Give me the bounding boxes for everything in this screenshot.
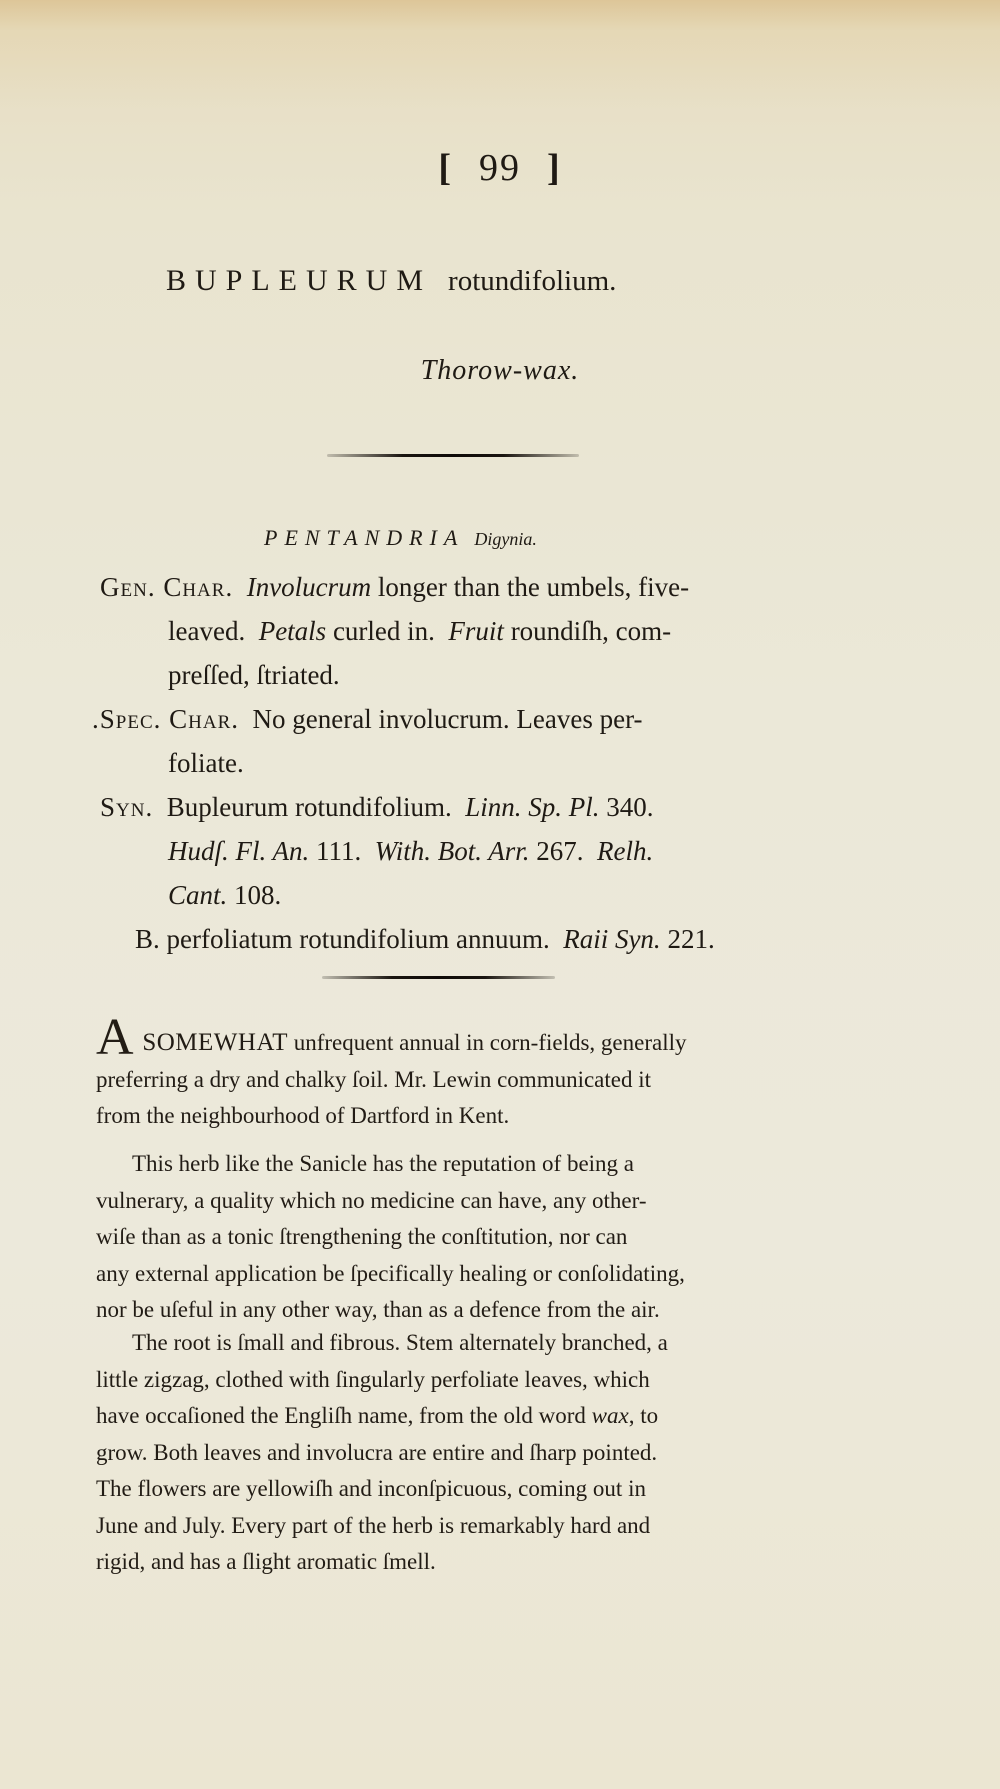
italic-word: wax xyxy=(592,1403,629,1428)
gen-line2-seg3: Fruit xyxy=(448,616,504,646)
gen-line3-seg0: preſſed, ſtriated. xyxy=(168,660,340,690)
syn-b-seg1: Raii Syn. xyxy=(563,924,660,954)
spec-line1: No general involucrum. Leaves per- xyxy=(253,704,643,734)
syn-line3-seg1: 108. xyxy=(227,880,281,910)
spec-char-label: .Spec. Char. xyxy=(92,704,239,734)
syn-line3-seg0: Cant. xyxy=(168,880,227,910)
linnaean-classification: PENTANDRIADigynia. xyxy=(264,525,537,551)
description-paragraph-3: The root is ſmall and fibrous. Stem alte… xyxy=(96,1325,826,1581)
common-name: Thorow-wax. xyxy=(0,355,1000,387)
book-page: [99] BUPLEURUMrotundifolium. Thorow-wax.… xyxy=(0,0,1000,1789)
species-title: BUPLEURUMrotundifolium. xyxy=(166,262,616,298)
synonyms: Syn. Bupleurum rotundifolium. Linn. Sp. … xyxy=(100,785,840,917)
specific-character: .Spec. Char. No general involucrum. Leav… xyxy=(92,697,832,785)
para3-line6: June and July. Every part of the herb is… xyxy=(96,1508,826,1545)
syn-line1-seg2: 340. xyxy=(599,792,653,822)
syn-line2-seg2: With. Bot. Arr. xyxy=(375,836,530,866)
description-paragraph-1: A SOMEWHAT unfrequent annual in corn-fie… xyxy=(96,1018,826,1135)
generic-character: Gen. Char. Involucrum longer than the um… xyxy=(100,565,840,697)
synonym-ray: B. perfoliatum rotundifolium annuum. Rai… xyxy=(135,917,875,961)
syn-line1-seg1: Linn. Sp. Pl. xyxy=(465,792,599,822)
syn-line2-seg3: 267. xyxy=(530,836,591,866)
divider-rule-top xyxy=(327,454,579,457)
para2-line4: any external application be ſpecifically… xyxy=(96,1256,826,1293)
para3-line7: rigid, and has a ſlight aromatic ſmell. xyxy=(96,1544,826,1581)
para1-line1: unfrequent annual in corn-fields, genera… xyxy=(288,1030,687,1055)
para2-line3: wiſe than as a tonic ſtrengthening the c… xyxy=(96,1219,826,1256)
para2-line2: vulnerary, a quality which no medicine c… xyxy=(96,1183,826,1220)
para1-line3: from the neighbourhood of Dartford in Ke… xyxy=(96,1098,826,1135)
syn-label: Syn. xyxy=(100,792,153,822)
gen-line2-seg4: roundiſh, com- xyxy=(504,616,671,646)
page-number: [99] xyxy=(0,146,1000,190)
genus-name: BUPLEURUM xyxy=(166,264,432,297)
para3-line1: The root is ſmall and fibrous. Stem alte… xyxy=(96,1325,826,1362)
syn-line2-seg0: Hudſ. Fl. An. xyxy=(168,836,309,866)
species-name: rotundifolium. xyxy=(448,265,616,297)
page-number-open-bracket: [ xyxy=(438,147,453,189)
para2-line5: nor be uſeful in any other way, than as … xyxy=(96,1292,826,1329)
gen-line2-seg0: leaved. xyxy=(168,616,252,646)
description-paragraph-2: This herb like the Sanicle has the reput… xyxy=(96,1146,826,1329)
page-number-close-bracket: ] xyxy=(547,147,562,189)
small-caps-lead: SOMEWHAT xyxy=(136,1029,288,1056)
gen-line2-seg1: Petals xyxy=(259,616,327,646)
para3-line3: have occaſioned the Engliſh name, from t… xyxy=(96,1398,826,1435)
syn-b-seg0: B. perfoliatum rotundifolium annuum. xyxy=(135,924,556,954)
gen-char-label: Gen. Char. xyxy=(100,572,233,602)
syn-b-seg2: 221. xyxy=(661,924,715,954)
para3-line5: The flowers are yellowiſh and inconſpicu… xyxy=(96,1471,826,1508)
drop-cap: A xyxy=(96,1009,134,1066)
gen-line2-seg2: curled in. xyxy=(326,616,441,646)
gen-line1-seg1: longer than the umbels, five- xyxy=(371,572,689,602)
classification-class: PENTANDRIA xyxy=(264,525,464,550)
syn-line1-seg0: Bupleurum rotundifolium. xyxy=(167,792,459,822)
gen-line1-seg0: Involucrum xyxy=(247,572,371,602)
spec-line2: foliate. xyxy=(168,748,244,778)
divider-rule-bottom xyxy=(322,976,555,979)
classification-order: Digynia. xyxy=(474,529,537,549)
para3-line4: grow. Both leaves and involucra are enti… xyxy=(96,1435,826,1472)
syn-line2-seg1: 111. xyxy=(309,836,368,866)
syn-line2-seg4: Relh. xyxy=(597,836,653,866)
para1-line2: preferring a dry and chalky ſoil. Mr. Le… xyxy=(96,1062,826,1099)
para2-line1: This herb like the Sanicle has the reput… xyxy=(96,1146,826,1183)
page-number-value: 99 xyxy=(479,147,521,189)
para3-line2: little zigzag, clothed with ſingularly p… xyxy=(96,1362,826,1399)
